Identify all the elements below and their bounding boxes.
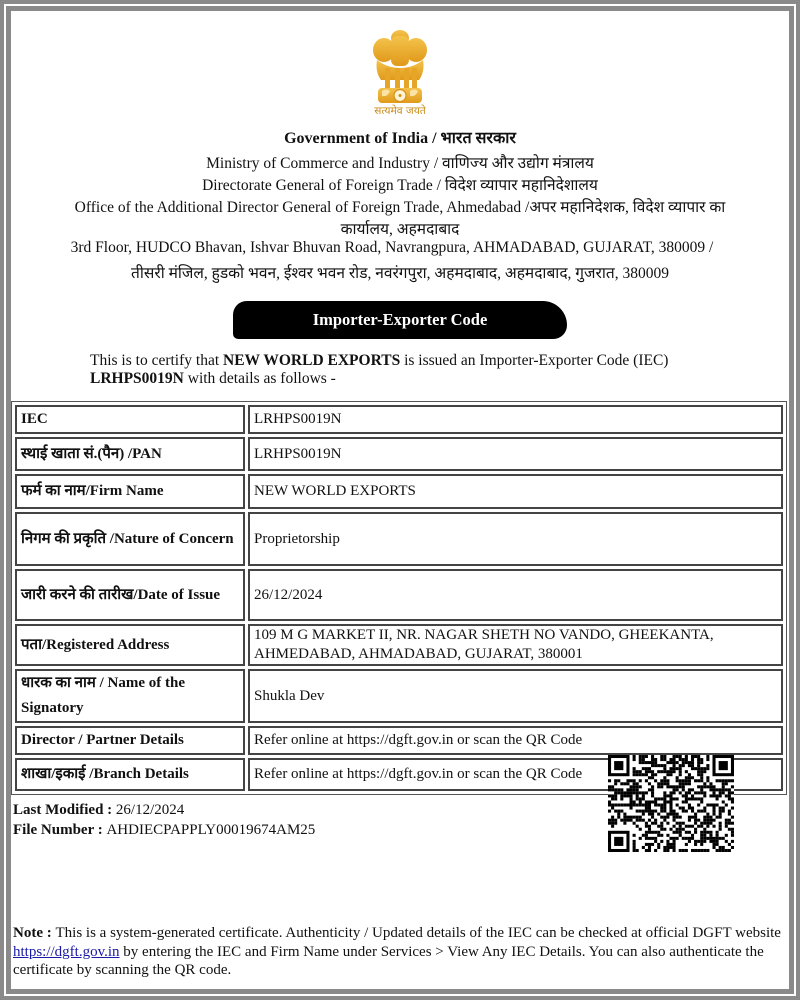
table-row: Director / Partner Details Refer online … (15, 726, 783, 755)
last-modified-label: Last Modified : (13, 802, 116, 818)
note-text-2: by entering the IEC and Firm Name under … (13, 944, 764, 979)
government-heading: Government of India / भारत सरकार (0, 126, 800, 148)
table-row: धारक का नाम / Name of the Signatory Shuk… (15, 669, 783, 723)
row-label-director-details: Director / Partner Details (15, 726, 245, 755)
table-row: फर्म का नाम/Firm Name NEW WORLD EXPORTS (15, 474, 783, 509)
certify-suffix: with details as follows - (184, 370, 336, 387)
certify-firm-name: NEW WORLD EXPORTS (223, 352, 400, 369)
row-value-director-details: Refer online at https://dgft.gov.in or s… (248, 726, 783, 755)
row-value-firm-name: NEW WORLD EXPORTS (248, 474, 783, 509)
table-row: जारी करने की तारीख/Date of Issue 26/12/2… (15, 569, 783, 621)
file-number: File Number : AHDIECPAPPLY00019674AM25 (13, 820, 315, 840)
row-label-iec: IEC (15, 405, 245, 434)
directorate-line: Directorate General of Foreign Trade / व… (0, 173, 800, 195)
row-label-branch-details: शाखा/इकाई /Branch Details (15, 758, 245, 791)
row-label-registered-address: पता/Registered Address (15, 624, 245, 666)
dgft-website-link[interactable]: https://dgft.gov.in (13, 944, 120, 960)
table-row: IEC LRHPS0019N (15, 405, 783, 434)
ministry-line: Ministry of Commerce and Industry / वाणि… (0, 151, 800, 173)
certificate-note: Note : This is a system-generated certif… (13, 924, 783, 980)
certification-statement: This is to certify that NEW WORLD EXPORT… (90, 352, 750, 388)
table-row: निगम की प्रकृति /Nature of Concern Propr… (15, 512, 783, 566)
table-row: पता/Registered Address 109 M G MARKET II… (15, 624, 783, 666)
row-value-signatory: Shukla Dev (248, 669, 783, 723)
office-line-1: Office of the Additional Director Genera… (0, 195, 800, 217)
row-label-nature-of-concern: निगम की प्रकृति /Nature of Concern (15, 512, 245, 566)
row-value-iec: LRHPS0019N (248, 405, 783, 434)
address-line-2: तीसरी मंजिल, हुडको भवन, ईश्वर भवन रोड, न… (0, 261, 800, 283)
table-row: स्थाई खाता सं.(पैन) /PAN LRHPS0019N (15, 437, 783, 471)
address-line-1: 3rd Floor, HUDCO Bhavan, Ishvar Bhuvan R… (0, 239, 792, 257)
row-label-date-of-issue: जारी करने की तारीख/Date of Issue (15, 569, 245, 621)
certify-middle: is issued an Importer-Exporter Code (IEC… (400, 352, 668, 369)
iec-details-table: IEC LRHPS0019N स्थाई खाता सं.(पैन) /PAN … (11, 401, 787, 795)
row-value-nature-of-concern: Proprietorship (248, 512, 783, 566)
office-line-2: कार्यालय, अहमदाबाद (0, 217, 800, 239)
row-value-pan: LRHPS0019N (248, 437, 783, 471)
qr-code-icon[interactable] (608, 755, 734, 852)
row-value-registered-address: 109 M G MARKET II, NR. NAGAR SHETH NO VA… (248, 624, 783, 666)
file-number-label: File Number : (13, 822, 106, 838)
last-modified: Last Modified : 26/12/2024 (13, 800, 315, 820)
file-number-value: AHDIECPAPPLY00019674AM25 (106, 822, 315, 838)
last-modified-value: 26/12/2024 (116, 802, 184, 818)
certificate-meta: Last Modified : 26/12/2024 File Number :… (13, 800, 315, 840)
row-label-firm-name: फर्म का नाम/Firm Name (15, 474, 245, 509)
certify-iec: LRHPS0019N (90, 370, 184, 387)
emblem-motto: सत्यमेव जयते (340, 104, 460, 118)
certify-prefix: This is to certify that (90, 352, 223, 369)
note-text-1: This is a system-generated certificate. … (55, 925, 780, 941)
row-value-date-of-issue: 26/12/2024 (248, 569, 783, 621)
row-label-signatory: धारक का नाम / Name of the Signatory (15, 669, 245, 723)
title-badge: Importer-Exporter Code (233, 301, 567, 339)
row-label-pan: स्थाई खाता सं.(पैन) /PAN (15, 437, 245, 471)
note-label: Note : (13, 925, 55, 941)
